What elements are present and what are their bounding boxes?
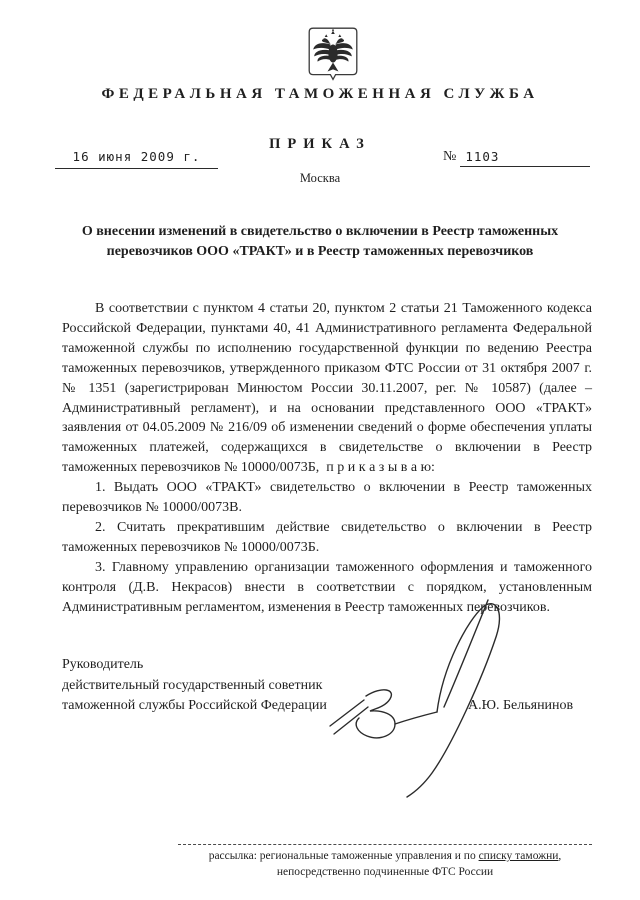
intro-paragraph: В соответствии с пунктом 4 статьи 20, пу… — [62, 299, 592, 478]
date-field: 16 июня 2009 г. — [55, 149, 218, 169]
order-item-2: 2. Считать прекратившим действие свидете… — [62, 518, 592, 558]
distribution-line2: непосредственно подчиненные ФТС России — [178, 864, 592, 880]
order-document-page: ФЕДЕРАЛЬНАЯ ТАМОЖЕННАЯ СЛУЖБА ПРИКАЗ 16 … — [0, 0, 640, 900]
coat-of-arms-icon — [308, 27, 358, 81]
number-sign: № — [443, 149, 460, 165]
signer-position-line3: таможенной службы Российской Федерации — [62, 696, 392, 717]
distribution-note: рассылка: региональные таможенные управл… — [178, 844, 592, 880]
order-item-1: 1. Выдать ООО «ТРАКТ» свидетельство о вк… — [62, 478, 592, 518]
city-label: Москва — [0, 171, 640, 186]
order-item-3: 3. Главному управлению организации тамож… — [62, 558, 592, 618]
distribution-line1-underlined: списку таможни — [479, 850, 559, 862]
distribution-line1-prefix: рассылка: региональные таможенные управл… — [209, 850, 479, 862]
signer-name: А.Ю. Бельянинов — [468, 698, 573, 714]
document-title: О внесении изменений в свидетельство о в… — [60, 222, 580, 262]
document-number: 1103 — [460, 149, 590, 167]
document-number-field: № 1103 — [443, 149, 590, 168]
document-body: В соответствии с пунктом 4 статьи 20, пу… — [62, 299, 592, 618]
distribution-line1: рассылка: региональные таможенные управл… — [178, 848, 592, 864]
signer-position-line2: действительный государственный советник — [62, 676, 392, 697]
distribution-line1-suffix: , — [558, 850, 561, 862]
document-title-line1: О внесении изменений в свидетельство о в… — [60, 222, 580, 242]
signer-position-block: Руководитель действительный государствен… — [62, 655, 392, 717]
footer-divider — [178, 844, 592, 845]
document-title-line2: перевозчиков ООО «ТРАКТ» и в Реестр тамо… — [60, 242, 580, 262]
signer-position-line1: Руководитель — [62, 655, 392, 676]
agency-name: ФЕДЕРАЛЬНАЯ ТАМОЖЕННАЯ СЛУЖБА — [0, 86, 640, 103]
